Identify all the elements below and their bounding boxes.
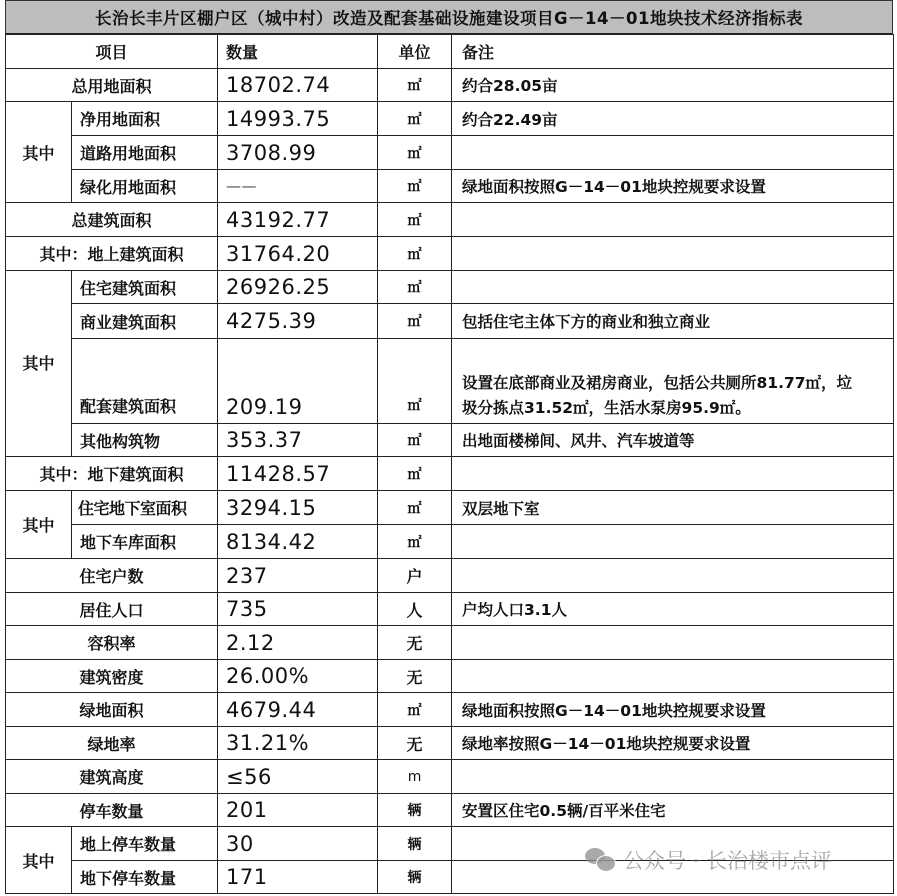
row-unit: ㎡ xyxy=(378,136,452,170)
row-unit: 人 xyxy=(378,593,452,626)
row-label: 建筑高度 xyxy=(6,760,218,794)
row-unit: 辆 xyxy=(378,861,452,894)
header-quantity: 数量 xyxy=(218,35,378,69)
row-label: 绿化用地面积 xyxy=(72,170,218,203)
row-note: 设置在底部商业及裙房商业，包括公共厕所81.77㎡，垃圾分拣点31.52㎡，生活… xyxy=(452,339,894,424)
row-note: 出地面楼梯间、风井、汽车坡道等 xyxy=(452,424,894,457)
row-note xyxy=(452,760,894,794)
table-row: 绿化用地面积 —— ㎡ 绿地面积按照G－14－01地块控规要求设置 xyxy=(6,170,894,203)
row-value: 26.00% xyxy=(218,660,378,693)
row-unit: ㎡ xyxy=(378,170,452,203)
row-unit: ㎡ xyxy=(378,525,452,559)
row-value: 14993.75 xyxy=(218,102,378,136)
table-row: 其中：地下建筑面积 11428.57 ㎡ xyxy=(6,457,894,491)
row-note: 安置区住宅0.5辆/百平米住宅 xyxy=(452,794,894,827)
table-row: 住宅户数 237 户 xyxy=(6,559,894,593)
row-note xyxy=(452,203,894,237)
row-label: 停车数量 xyxy=(6,794,218,827)
table-row: 地下停车数量 171 辆 xyxy=(6,861,894,894)
row-note: 约合22.49亩 xyxy=(452,102,894,136)
row-value: 43192.77 xyxy=(218,203,378,237)
table-row: 其中 住宅建筑面积 26926.25 ㎡ xyxy=(6,271,894,304)
row-value: 171 xyxy=(218,861,378,894)
row-value: 735 xyxy=(218,593,378,626)
row-unit: 辆 xyxy=(378,794,452,827)
row-label: 建筑密度 xyxy=(6,660,218,693)
row-unit: ㎡ xyxy=(378,339,452,424)
indicator-sheet: 长治长丰片区棚户区（城中村）改造及配套基础设施建设项目G－14－01地块技术经济… xyxy=(5,0,893,893)
row-note xyxy=(452,237,894,271)
table-row: 道路用地面积 3708.99 ㎡ xyxy=(6,136,894,170)
row-label: 净用地面积 xyxy=(72,102,218,136)
row-note: 包括住宅主体下方的商业和独立商业 xyxy=(452,304,894,339)
row-label: 居住人口 xyxy=(6,593,218,626)
row-note: 绿地率按照G－14－01地块控规要求设置 xyxy=(452,727,894,760)
table-title: 长治长丰片区棚户区（城中村）改造及配套基础设施建设项目G－14－01地块技术经济… xyxy=(5,0,893,35)
table-row: 总用地面积 18702.74 ㎡ 约合28.05亩 xyxy=(6,69,894,102)
row-label: 其中：地下建筑面积 xyxy=(6,457,218,491)
row-unit: ㎡ xyxy=(378,102,452,136)
row-label: 容积率 xyxy=(6,626,218,660)
table-row: 绿地率 31.21% 无 绿地率按照G－14－01地块控规要求设置 xyxy=(6,727,894,760)
row-value: 31.21% xyxy=(218,727,378,760)
row-label: 绿地面积 xyxy=(6,693,218,727)
header-unit: 单位 xyxy=(378,35,452,69)
table-row: 其中 地上停车数量 30 辆 xyxy=(6,827,894,861)
row-unit: 户 xyxy=(378,559,452,593)
table-row: 建筑高度 ≤56 m xyxy=(6,760,894,794)
row-unit: ㎡ xyxy=(378,237,452,271)
table-row: 总建筑面积 43192.77 ㎡ xyxy=(6,203,894,237)
row-note xyxy=(452,457,894,491)
row-value: 8134.42 xyxy=(218,525,378,559)
header-row: 项目 数量 单位 备注 xyxy=(6,35,894,69)
row-note xyxy=(452,861,894,894)
row-value: 209.19 xyxy=(218,339,378,424)
row-value: ≤56 xyxy=(218,760,378,794)
row-value: 3294.15 xyxy=(218,491,378,525)
row-label: 其中：地上建筑面积 xyxy=(6,237,218,271)
group-label: 其中 xyxy=(6,491,72,559)
table-row: 容积率 2.12 无 xyxy=(6,626,894,660)
row-value: 237 xyxy=(218,559,378,593)
row-value: 4679.44 xyxy=(218,693,378,727)
table-row: 其中：地上建筑面积 31764.20 ㎡ xyxy=(6,237,894,271)
table-row: 地下车库面积 8134.42 ㎡ xyxy=(6,525,894,559)
group-label: 其中 xyxy=(6,827,72,894)
row-label: 道路用地面积 xyxy=(72,136,218,170)
table-row: 居住人口 735 人 户均人口3.1人 xyxy=(6,593,894,626)
header-item: 项目 xyxy=(6,35,218,69)
table-row: 绿地面积 4679.44 ㎡ 绿地面积按照G－14－01地块控规要求设置 xyxy=(6,693,894,727)
row-note xyxy=(452,525,894,559)
row-unit: ㎡ xyxy=(378,491,452,525)
table-row: 商业建筑面积 4275.39 ㎡ 包括住宅主体下方的商业和独立商业 xyxy=(6,304,894,339)
row-note: 绿地面积按照G－14－01地块控规要求设置 xyxy=(452,693,894,727)
row-note xyxy=(452,559,894,593)
row-unit: 无 xyxy=(378,626,452,660)
row-value: 4275.39 xyxy=(218,304,378,339)
row-unit: ㎡ xyxy=(378,457,452,491)
row-value: 3708.99 xyxy=(218,136,378,170)
row-note xyxy=(452,626,894,660)
row-value: —— xyxy=(218,170,378,203)
row-unit: ㎡ xyxy=(378,271,452,304)
row-value: 201 xyxy=(218,794,378,827)
row-value: 30 xyxy=(218,827,378,861)
row-unit: 辆 xyxy=(378,827,452,861)
row-value: 11428.57 xyxy=(218,457,378,491)
row-unit: ㎡ xyxy=(378,693,452,727)
row-label: 总建筑面积 xyxy=(6,203,218,237)
row-note xyxy=(452,827,894,861)
row-label: 商业建筑面积 xyxy=(72,304,218,339)
group-label: 其中 xyxy=(6,271,72,457)
row-unit: ㎡ xyxy=(378,69,452,102)
row-label: 地上停车数量 xyxy=(72,827,218,861)
row-note: 户均人口3.1人 xyxy=(452,593,894,626)
row-note xyxy=(452,136,894,170)
row-note xyxy=(452,271,894,304)
row-value: 26926.25 xyxy=(218,271,378,304)
row-unit: m xyxy=(378,760,452,794)
row-unit: ㎡ xyxy=(378,424,452,457)
table-row: 其中 住宅地下室面积 3294.15 ㎡ 双层地下室 xyxy=(6,491,894,525)
indicator-table: 项目 数量 单位 备注 总用地面积 18702.74 ㎡ 约合28.05亩 其中… xyxy=(5,34,894,894)
row-unit: ㎡ xyxy=(378,203,452,237)
row-label: 绿地率 xyxy=(6,727,218,760)
row-label: 地下停车数量 xyxy=(72,861,218,894)
row-note: 绿地面积按照G－14－01地块控规要求设置 xyxy=(452,170,894,203)
row-label: 住宅建筑面积 xyxy=(72,271,218,304)
row-label: 住宅户数 xyxy=(6,559,218,593)
row-note xyxy=(452,660,894,693)
header-note: 备注 xyxy=(452,35,894,69)
table-row: 停车数量 201 辆 安置区住宅0.5辆/百平米住宅 xyxy=(6,794,894,827)
table-row: 其他构筑物 353.37 ㎡ 出地面楼梯间、风井、汽车坡道等 xyxy=(6,424,894,457)
row-value: 353.37 xyxy=(218,424,378,457)
group-label: 其中 xyxy=(6,102,72,203)
row-unit: 无 xyxy=(378,660,452,693)
row-note: 约合28.05亩 xyxy=(452,69,894,102)
row-label: 地下车库面积 xyxy=(72,525,218,559)
row-value: 31764.20 xyxy=(218,237,378,271)
row-label: 住宅地下室面积 xyxy=(72,491,218,525)
row-unit: ㎡ xyxy=(378,304,452,339)
row-unit: 无 xyxy=(378,727,452,760)
table-row: 配套建筑面积 209.19 ㎡ 设置在底部商业及裙房商业，包括公共厕所81.77… xyxy=(6,339,894,424)
table-row: 建筑密度 26.00% 无 xyxy=(6,660,894,693)
row-label: 总用地面积 xyxy=(6,69,218,102)
row-label: 其他构筑物 xyxy=(72,424,218,457)
row-value: 18702.74 xyxy=(218,69,378,102)
row-value: 2.12 xyxy=(218,626,378,660)
row-note: 双层地下室 xyxy=(452,491,894,525)
row-label: 配套建筑面积 xyxy=(72,339,218,424)
table-row: 其中 净用地面积 14993.75 ㎡ 约合22.49亩 xyxy=(6,102,894,136)
